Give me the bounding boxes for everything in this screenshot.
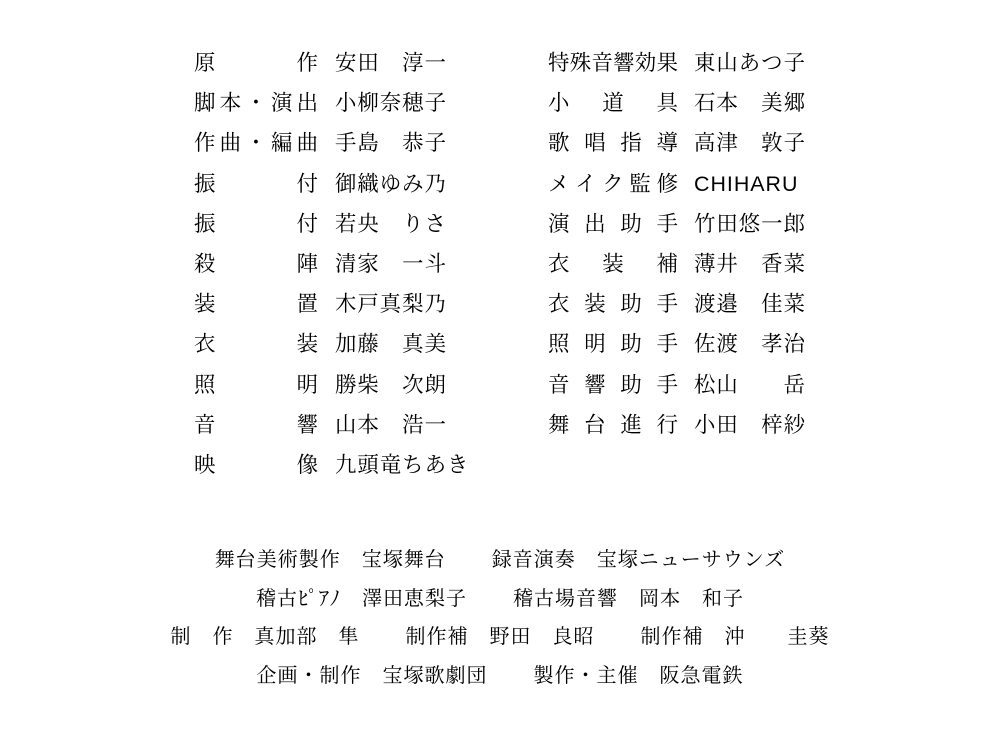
credit-name: 加藤 真美 (335, 333, 447, 357)
credit-role-label: 歌唱指導 (548, 132, 678, 156)
credit-row: 振付 若央 りさ (194, 213, 469, 253)
credit-name: 山本 浩一 (335, 414, 447, 438)
credit-row: 音響 山本 浩一 (194, 414, 469, 454)
credit-role-label: 照明助手 (548, 333, 678, 357)
credits-bottom-block: 舞台美術製作 宝塚舞台 録音演奏 宝塚ニューサウンズ 稽古ﾋﾟｱﾉ 澤田恵梨子 … (0, 549, 1000, 704)
credit-row: 歌唱指導 高津 敦子 (548, 132, 806, 172)
credit-role-label: 映像 (194, 454, 318, 478)
credit-row: 装置 木戸真梨乃 (194, 293, 469, 333)
credit-role-label: 原作 (194, 52, 318, 76)
credit-name: 清家 一斗 (335, 253, 447, 277)
credit-row: メイク監修 CHIHARU (548, 173, 806, 213)
credit-name: 小柳奈穂子 (335, 92, 447, 116)
credit-row: 音響助手 松山 岳 (548, 374, 806, 414)
credit-pair: 舞台美術製作 宝塚舞台 (215, 549, 446, 572)
credits-screen: 原作 安田 淳一 脚本・演出 小柳奈穂子 作曲・編曲 手島 恭子 振付 御織ゆみ… (0, 0, 1000, 733)
credit-pair: 録音演奏 宝塚ニューサウンズ (492, 549, 785, 572)
credit-role-label: 特殊音響効果 (548, 52, 678, 76)
credit-name: 若央 りさ (335, 213, 447, 237)
credit-name: 佐渡 孝治 (694, 333, 806, 357)
bottom-credit-line: 企画・制作 宝塚歌劇団 製作・主催 阪急電鉄 (0, 665, 1000, 704)
credit-name: 九頭竜ちあき (335, 454, 469, 478)
credit-role-label: 音響 (194, 414, 318, 438)
credit-name: CHIHARU (694, 173, 798, 197)
credit-role-label: 衣装補 (548, 253, 678, 277)
credit-row: 作曲・編曲 手島 恭子 (194, 132, 469, 172)
credit-name: 木戸真梨乃 (335, 293, 447, 317)
credit-role-label: 衣装 (194, 333, 318, 357)
credit-pair: 稽古場音響 岡本 和子 (513, 588, 744, 611)
credit-role-label: 衣装助手 (548, 293, 678, 317)
credit-name: 東山あつ子 (694, 52, 806, 76)
credit-row: 衣装補 薄井 香菜 (548, 253, 806, 293)
credit-pair: 製作・主催 阪急電鉄 (534, 665, 744, 688)
credit-name: 薄井 香菜 (694, 253, 806, 277)
credit-pair: 稽古ﾋﾟｱﾉ 澤田恵梨子 (256, 588, 467, 611)
credit-role-label: メイク監修 (548, 173, 678, 197)
credit-row: 照明助手 佐渡 孝治 (548, 333, 806, 373)
credit-row: 照明 勝柴 次朗 (194, 374, 469, 414)
credit-role-label: 振付 (194, 213, 318, 237)
credit-pair: 制作補 野田 良昭 (406, 626, 595, 649)
credit-name: 勝柴 次朗 (335, 374, 447, 398)
credit-row: 衣装 加藤 真美 (194, 333, 469, 373)
credit-name: 御織ゆみ乃 (335, 173, 447, 197)
credit-pair: 企画・制作 宝塚歌劇団 (257, 665, 488, 688)
credit-row: 演出助手 竹田悠一郎 (548, 213, 806, 253)
credit-pair: 制作補 沖 圭葵 (641, 626, 830, 649)
bottom-credit-line: 稽古ﾋﾟｱﾉ 澤田恵梨子 稽古場音響 岡本 和子 (0, 588, 1000, 627)
credit-role-label: 演出助手 (548, 213, 678, 237)
bottom-credit-line: 制 作 真加部 隼 制作補 野田 良昭 制作補 沖 圭葵 (0, 626, 1000, 665)
credit-name: 小田 梓紗 (694, 414, 806, 438)
credit-role-label: 小道具 (548, 92, 678, 116)
credit-name: 渡邉 佳菜 (694, 293, 806, 317)
credit-role-label: 作曲・編曲 (194, 132, 318, 156)
credit-row: 衣装助手 渡邉 佳菜 (548, 293, 806, 333)
credit-role-label: 舞台進行 (548, 414, 678, 438)
credit-role-label: 脚本・演出 (194, 92, 318, 116)
credit-row: 殺陣 清家 一斗 (194, 253, 469, 293)
credit-row: 振付 御織ゆみ乃 (194, 173, 469, 213)
credit-role-label: 照明 (194, 374, 318, 398)
credit-row: 特殊音響効果 東山あつ子 (548, 52, 806, 92)
credit-name: 安田 淳一 (335, 52, 447, 76)
credit-role-label: 音響助手 (548, 374, 678, 398)
credit-row: 脚本・演出 小柳奈穂子 (194, 92, 469, 132)
credit-role-label: 装置 (194, 293, 318, 317)
credit-row: 小道具 石本 美郷 (548, 92, 806, 132)
credit-name: 松山 岳 (694, 374, 806, 398)
credits-right-column: 特殊音響効果 東山あつ子 小道具 石本 美郷 歌唱指導 高津 敦子 メイク監修 … (548, 52, 806, 454)
credit-role-label: 殺陣 (194, 253, 318, 277)
credits-left-column: 原作 安田 淳一 脚本・演出 小柳奈穂子 作曲・編曲 手島 恭子 振付 御織ゆみ… (194, 52, 469, 494)
credit-name: 石本 美郷 (694, 92, 806, 116)
credit-name: 手島 恭子 (335, 132, 447, 156)
credit-row: 映像 九頭竜ちあき (194, 454, 469, 494)
bottom-credit-line: 舞台美術製作 宝塚舞台 録音演奏 宝塚ニューサウンズ (0, 549, 1000, 588)
credit-row: 原作 安田 淳一 (194, 52, 469, 92)
credit-name: 竹田悠一郎 (694, 213, 806, 237)
credit-pair: 制 作 真加部 隼 (171, 626, 360, 649)
credit-name: 高津 敦子 (694, 132, 806, 156)
credit-role-label: 振付 (194, 173, 318, 197)
credit-row: 舞台進行 小田 梓紗 (548, 414, 806, 454)
